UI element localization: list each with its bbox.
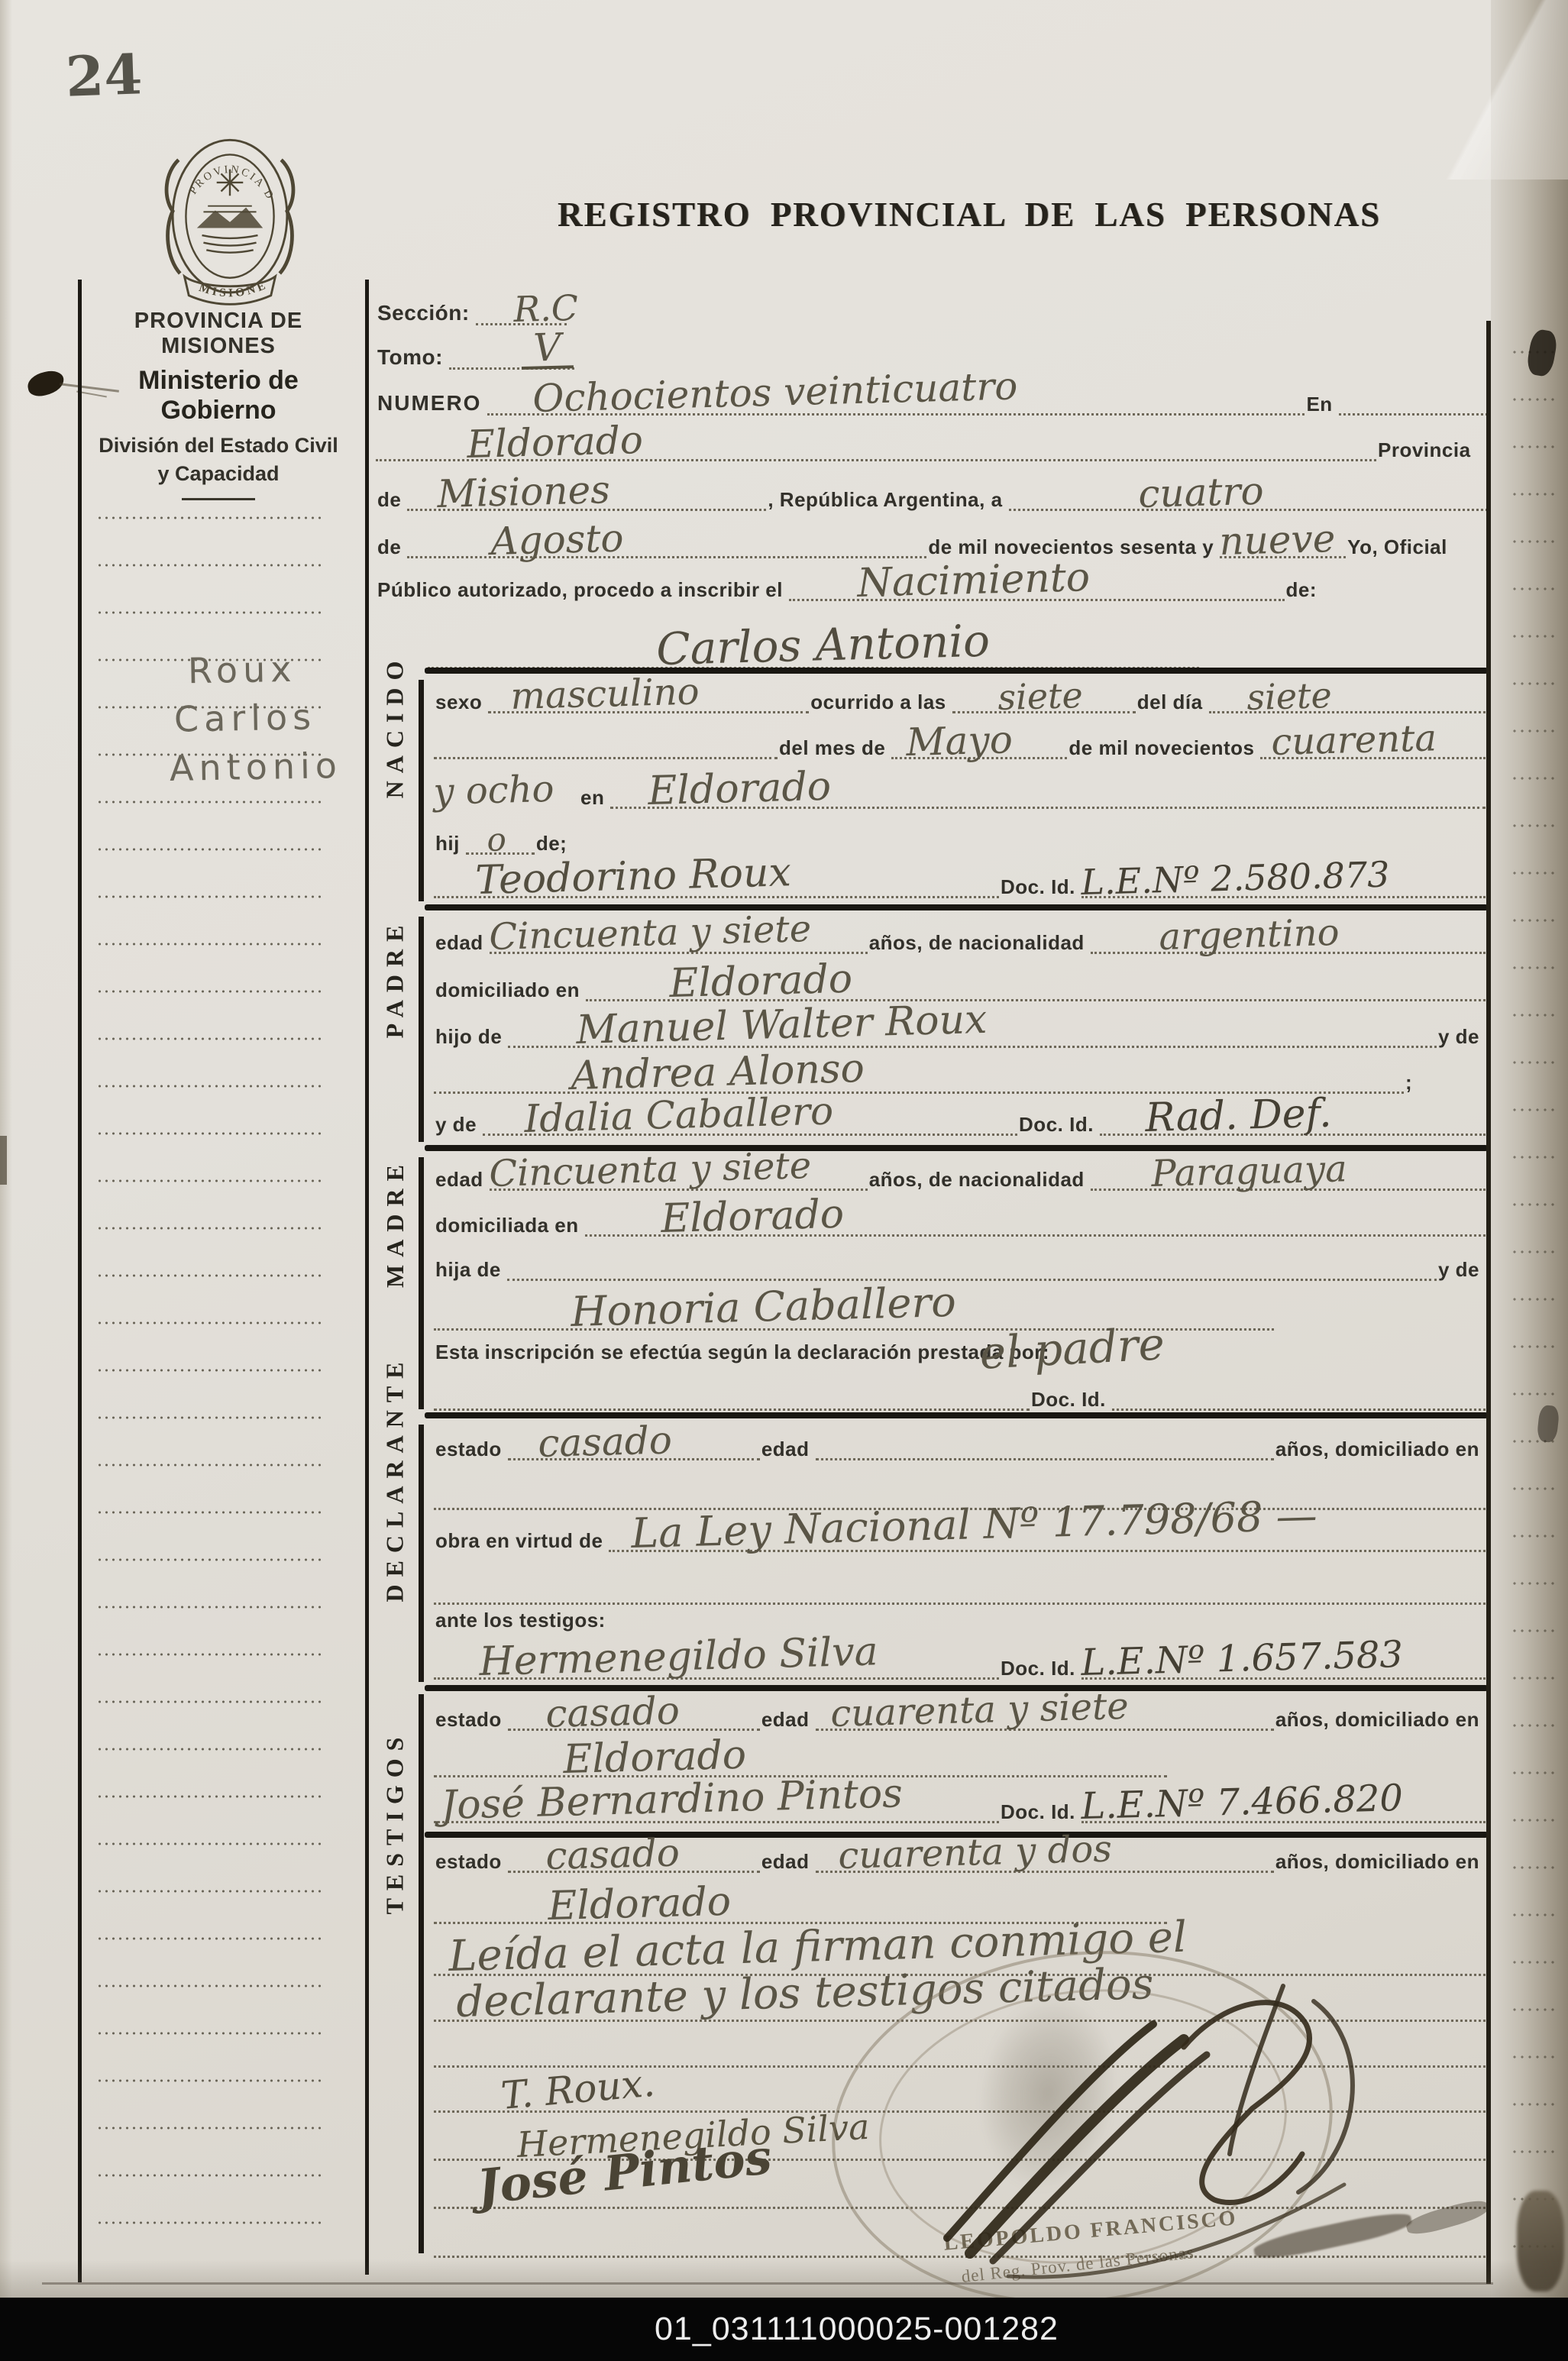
form-row: domiciliada en Eldorado (434, 1202, 1486, 1237)
abuelo-value: Manuel Walter Roux (576, 1003, 988, 1047)
t2-doc-line: L.E.Nº 7.466.820 (1081, 1818, 1486, 1823)
edge-mark (0, 1136, 7, 1185)
day-line: cuatro (1009, 506, 1488, 511)
punto-coma: ; (1404, 1072, 1418, 1094)
month-value: Agosto (490, 522, 624, 558)
form-row: Eldorado Provincia (376, 426, 1488, 461)
t2-name: José Bernardino Pintos (441, 1777, 904, 1822)
padre-madre-line: Idalia Caballero (483, 1130, 1017, 1136)
margin-surname: Roux (188, 648, 297, 691)
madre-dom-line: Eldorado (585, 1231, 1486, 1237)
acto-value: Nacimiento (857, 561, 1091, 600)
form-row: Tomo: V (376, 335, 574, 370)
doc-id-label: Doc. Id. (999, 1658, 1081, 1680)
form-row: Hermenegildo Silva Doc. Id. L.E.Nº 1.657… (434, 1645, 1486, 1680)
hijo-gender-line: o (466, 849, 535, 855)
year-value: nueve (1219, 522, 1336, 558)
birthplace-line: Eldorado (610, 804, 1486, 809)
t1-edad-value: cuarenta y siete (829, 1691, 1128, 1730)
doc-id-label: Doc. Id. (999, 877, 1081, 898)
header-org-block: PROVINCIA DE MISIONES Ministerio de Gobi… (84, 309, 353, 500)
day-value: cuatro (1137, 474, 1263, 510)
year-line: nueve (1220, 553, 1346, 558)
hijo-de-label: de; (535, 833, 574, 855)
domiciliado-label: años, domiciliado en (1274, 1439, 1486, 1460)
domiciliada-label: domiciliada en (434, 1215, 585, 1237)
doc-id-label: Doc. Id. (999, 1802, 1081, 1823)
birthyear-value2: y ocho (433, 774, 554, 808)
form-row: y ocho en Eldorado (434, 774, 1486, 809)
madre-dom-value: Eldorado (660, 1198, 844, 1236)
yo-oficial-label: Yo, Oficial (1346, 537, 1453, 558)
testigo1-doc-value: L.E.Nº 1.657.583 (1081, 1639, 1403, 1679)
birthplace-value: Eldorado (648, 770, 832, 808)
document-title: REGISTRO PROVINCIAL DE LAS PERSONAS (558, 195, 1405, 234)
t2-edad-value: cuarenta y dos (837, 1834, 1111, 1872)
hour-line: siete (952, 708, 1136, 713)
margin-vertical-rule (78, 280, 82, 2282)
scan-footer-code: 01_031111000025-001282 (655, 2311, 1059, 2348)
edad-label: edad (434, 1169, 490, 1191)
de-colon-label: de: (1285, 580, 1324, 601)
en-line (1339, 410, 1488, 416)
acto-line: Nacimiento (789, 596, 1285, 601)
nacionalidad-label: años, de nacionalidad (868, 1169, 1091, 1191)
obra-label: obra en virtud de (434, 1531, 609, 1552)
empty-line (507, 1276, 1437, 1281)
official-signature (855, 1955, 1390, 2291)
birthday-line: siete (1209, 708, 1486, 713)
tomo-label: Tomo: (376, 347, 449, 370)
testigo1-name: Hermenegildo Silva (479, 1635, 878, 1679)
hij-label: hij (434, 833, 466, 855)
numero-value: Ochocientos veinticuatro (532, 370, 1018, 415)
form-row: estado casado edad cuarenta y dos años, … (434, 1838, 1486, 1873)
t2-estado-line: casado (508, 1868, 760, 1873)
form-row: hij o de; (434, 820, 816, 855)
section-label-padre: PADRE (367, 905, 423, 1050)
provincial-seal: PROVINCIA DE MISIONES (157, 127, 303, 310)
t1-estado-value: casado (545, 1694, 680, 1730)
org-line2: Ministerio de Gobierno (84, 366, 353, 425)
declarante-estado-value: casado (538, 1424, 672, 1460)
locality-value: Eldorado (467, 423, 643, 461)
form-row: estado casado edad años, domiciliado en (434, 1425, 1486, 1460)
org-line1: PROVINCIA DE MISIONES (84, 309, 353, 359)
form-row: domiciliado en Eldorado (434, 966, 1486, 1001)
province-value: Misiones (437, 474, 610, 510)
madre-nac-value: Paraguaya (1151, 1154, 1347, 1190)
bottom-edge-line (42, 2282, 1493, 2285)
ley-line: La Ley Nacional Nº 17.798/68 — (609, 1547, 1486, 1552)
padre-doc-line: Rad. Def. (1100, 1130, 1486, 1136)
t1-estado-line: casado (508, 1725, 760, 1731)
testigo1-doc-line: L.E.Nº 1.657.583 (1081, 1674, 1486, 1680)
form-row: Andrea Alonso ; (434, 1059, 1450, 1094)
father-name-line: Teodorino Roux (434, 893, 999, 898)
padre-edad-line: Cincuenta y siete (490, 949, 868, 954)
seccion-label: Sección: (376, 302, 476, 325)
edad-label: edad (434, 933, 490, 954)
de-label: de (376, 490, 407, 511)
ocurrido-label: ocurrido a las (809, 692, 952, 713)
hour-value: siete (997, 681, 1083, 713)
padre-dom-value: Eldorado (669, 962, 853, 1001)
form-row: Eldorado (434, 1742, 1167, 1777)
estado-label: estado (434, 1709, 508, 1731)
margin-name1: Carlos (174, 696, 317, 739)
seccion-value: R.C (513, 293, 578, 325)
form-row: edad Cincuenta y siete años, de nacional… (434, 919, 1486, 954)
estado-label: estado (434, 1439, 508, 1460)
form-row: NUMERO Ochocientos veinticuatro En (376, 380, 1488, 416)
form-row: Sección: R.C (376, 290, 567, 325)
t2-estado-value: casado (545, 1836, 680, 1872)
domiciliado-label: domiciliado en (434, 980, 586, 1001)
birthyear-value1: cuarenta (1271, 723, 1437, 758)
section-label-declarante: DECLARANTE (367, 1352, 423, 1604)
del-dia-label: del día (1136, 692, 1209, 713)
birthday-value: siete (1246, 681, 1332, 713)
form-row: Teodorino Roux Doc. Id. L.E.Nº 2.580.873 (434, 863, 1486, 898)
declarante-estado-line: casado (508, 1455, 760, 1460)
y-de-label: y de (434, 1114, 483, 1136)
edad-label: edad (760, 1709, 816, 1731)
form-row: Doc. Id. (434, 1376, 1486, 1411)
page-number: 24 (65, 41, 144, 108)
bottom-edge-shadow (0, 2259, 1568, 2298)
seal-mountains (197, 208, 263, 228)
section-rule-declarante (425, 1412, 1488, 1418)
month-line: Agosto (407, 553, 926, 558)
padre-dom-line: Eldorado (586, 996, 1486, 1001)
section-label-testigos: TESTIGOS (367, 1692, 423, 1952)
org-line3: División del Estado Civil (84, 434, 353, 458)
en-label: en (579, 788, 610, 809)
ante-testigos-label: ante los testigos: (434, 1610, 612, 1632)
domiciliado-label: años, domiciliado en (1274, 1852, 1486, 1873)
del-mes-label: del mes de (778, 738, 891, 759)
t1-dom-value: Eldorado (563, 1738, 747, 1777)
section-label-nacido: NACIDO (367, 649, 423, 802)
form-row: Carlos Antonio (428, 634, 1199, 669)
abuelo-line: Manuel Walter Roux (508, 1043, 1437, 1048)
padre-madre-value: Idalia Caballero (524, 1095, 834, 1135)
province-line: Misiones (407, 506, 766, 511)
birthmonth-line: Mayo (891, 754, 1067, 759)
edad-label: edad (760, 1852, 816, 1873)
estado-label: estado (434, 1852, 508, 1873)
declaracion-label: Esta inscripción se efectúa según la dec… (434, 1342, 1056, 1363)
form-row: hijo de Manuel Walter Roux y de (434, 1013, 1486, 1048)
madre-nac-line: Paraguaya (1091, 1185, 1486, 1191)
declarant-signature: T. Roux. (499, 2066, 656, 2112)
t1-edad-line: cuarenta y siete (816, 1725, 1274, 1731)
doc-id-label: Doc. Id. (1030, 1389, 1112, 1411)
section-label-madre: MADRE (367, 1150, 423, 1295)
doc-id-label: Doc. Id. (1017, 1114, 1100, 1136)
form-row: hija de y de (434, 1246, 1486, 1281)
hijo-de-label: hijo de (434, 1027, 508, 1048)
right-edge-line (1486, 321, 1491, 2284)
domiciliado-label: años, domiciliado en (1274, 1709, 1486, 1731)
ley-value: La Ley Nacional Nº 17.798/68 — (631, 1499, 1317, 1551)
top-right-fold (1371, 0, 1568, 180)
next-page-dots (1511, 328, 1558, 2253)
birthyear2-line: y ocho (434, 804, 579, 809)
numero-label: NUMERO (376, 393, 487, 416)
numero-line: Ochocientos veinticuatro (487, 410, 1305, 416)
t2-edad-line: cuarenta y dos (816, 1868, 1274, 1873)
padre-edad-value: Cincuenta y siete (489, 914, 812, 953)
form-row: y de Idalia Caballero Doc. Id. Rad. Def. (434, 1101, 1486, 1136)
empty-line (434, 754, 778, 759)
padre-nac-line: argentino (1091, 949, 1486, 954)
form-row: del mes de Mayo de mil novecientos cuare… (434, 724, 1486, 759)
empty-line (816, 1455, 1274, 1460)
madre-edad-value: Cincuenta y siete (489, 1150, 812, 1190)
sexo-line: masculino (488, 708, 809, 713)
madre-edad-line: Cincuenta y siete (490, 1185, 868, 1191)
t2-doc-value: L.E.Nº 7.466.820 (1081, 1783, 1403, 1822)
y-de-label: y de (1437, 1027, 1486, 1048)
y-de-label: y de (1437, 1260, 1486, 1281)
father-name: Teodorino Roux (475, 855, 791, 898)
form-row: de Agosto de mil novecientos sesenta y n… (376, 523, 1488, 558)
birthmonth-value: Mayo (906, 723, 1013, 758)
inscripto-name: Carlos Antonio (656, 622, 991, 668)
t2-dom-value: Eldorado (548, 1885, 732, 1923)
hijo-gender-value: o (487, 826, 506, 854)
madre-abuela-value: Honoria Caballero (571, 1285, 956, 1330)
padre-nac-value: argentino (1159, 917, 1340, 953)
provincia-label: Provincia (1376, 440, 1477, 461)
padre-doc-value: Rad. Def. (1145, 1096, 1332, 1135)
en-label: En (1305, 394, 1338, 416)
form-row: de Misiones , República Argentina, a cua… (376, 476, 1488, 511)
form-row: ante los testigos: (434, 1596, 892, 1632)
de-label: de (376, 537, 407, 558)
scan-footer-bar: 01_031111000025-001282 (0, 2298, 1568, 2361)
republica-label: , República Argentina, a (766, 490, 1008, 511)
section-rule-padre (425, 904, 1488, 910)
empty-line (1112, 1405, 1486, 1411)
scanned-birth-certificate: 24 PROVINCIA DE MISIONES (0, 0, 1568, 2361)
father-doc-line: L.E.Nº 2.580.873 (1081, 893, 1486, 898)
father-doc-value: L.E.Nº 2.580.873 (1081, 859, 1390, 898)
publico-label: Público autorizado, procedo a inscribir … (376, 580, 789, 601)
sexo-value: masculino (510, 677, 700, 713)
abuela-value: Andrea Alonso (571, 1052, 865, 1093)
tomo-line: V (449, 364, 574, 370)
t2-name-line: José Bernardino Pintos (434, 1818, 999, 1823)
birthyear-label: de mil novecientos (1067, 738, 1260, 759)
tomo-value: V (521, 331, 574, 369)
sexo-label: sexo (434, 692, 488, 713)
form-row: estado casado edad cuarenta y siete años… (434, 1696, 1486, 1731)
form-row: obra en virtud de La Ley Nacional Nº 17.… (434, 1517, 1486, 1552)
org-line4: y Capacidad (84, 462, 353, 486)
locality-line: Eldorado (376, 456, 1376, 461)
edad-label: edad (760, 1439, 816, 1460)
hija-de-label: hija de (434, 1260, 507, 1281)
testigo1-name-line: Hermenegildo Silva (434, 1674, 999, 1680)
form-row: Público autorizado, procedo a inscribir … (376, 566, 1323, 601)
margin-name2: Antonio (170, 745, 343, 789)
nacionalidad-label: años, de nacionalidad (868, 933, 1091, 954)
form-row: José Bernardino Pintos Doc. Id. L.E.Nº 7… (434, 1788, 1486, 1823)
empty-line (434, 1405, 1030, 1411)
form-row: edad Cincuenta y siete años, de nacional… (434, 1156, 1486, 1191)
birthyear-line: cuarenta (1260, 754, 1486, 759)
seal-water (202, 235, 258, 253)
form-row: sexo masculino ocurrido a las siete del … (434, 678, 1486, 713)
